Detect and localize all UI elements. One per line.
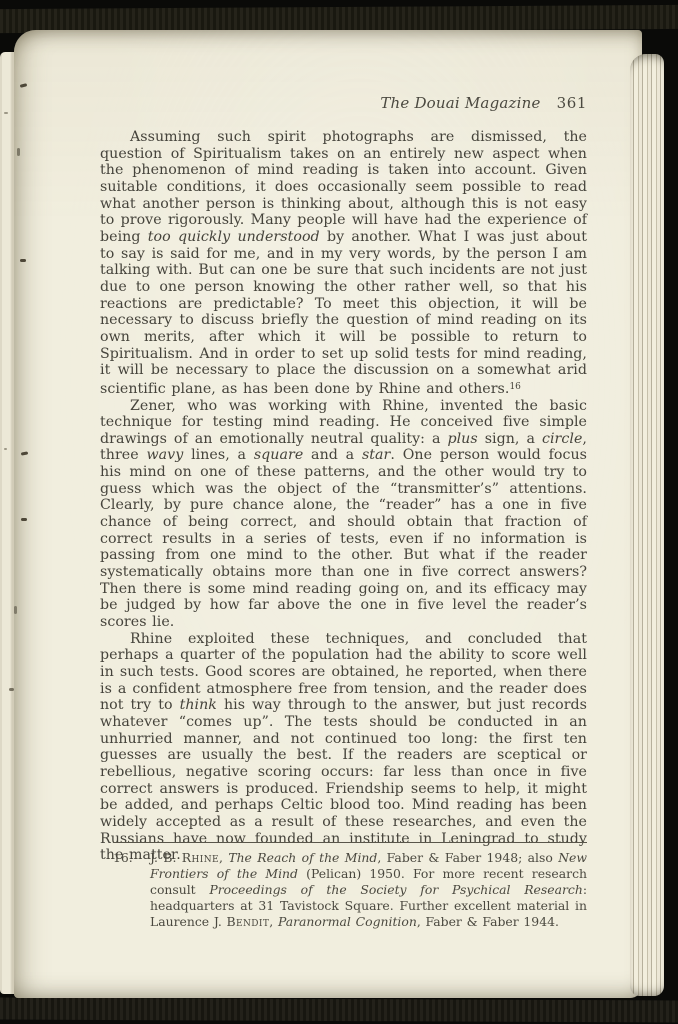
facing-page-edge: [0, 52, 14, 994]
book-photo: The Douai Magazine 361 Assuming such spi…: [0, 0, 678, 1024]
magazine-title: The Douai Magazine: [380, 94, 540, 112]
binding-mark: [21, 518, 27, 521]
footnote-text: J. B. Rhine, The Reach of the Mind, Fabe…: [150, 850, 587, 930]
binding-mark: [17, 148, 20, 156]
binding-mark: [4, 448, 7, 450]
footnote-number: 16.: [113, 850, 150, 930]
footnote: 16. J. B. Rhine, The Reach of the Mind, …: [113, 842, 587, 930]
paragraph-2: Zener, who was working with Rhine, inven…: [100, 398, 587, 631]
footnote-rule: [113, 842, 587, 843]
book-cover-bottom-edge: [0, 998, 678, 1023]
running-header: The Douai Magazine 361: [100, 94, 587, 112]
page-number: 361: [557, 94, 587, 112]
paragraph-1: Assuming such spirit photographs are dis…: [100, 129, 587, 398]
binding-mark: [20, 259, 26, 262]
book-cover-top-edge: [0, 5, 678, 33]
binding-mark: [9, 688, 14, 691]
binding-mark: [14, 606, 17, 614]
article-body: Assuming such spirit photographs are dis…: [100, 129, 587, 864]
page-content: The Douai Magazine 361 Assuming such spi…: [100, 94, 587, 864]
paragraph-3: Rhine exploited these techniques, and co…: [100, 631, 587, 864]
page-edge-stack: [630, 54, 664, 996]
binding-mark: [4, 112, 8, 114]
